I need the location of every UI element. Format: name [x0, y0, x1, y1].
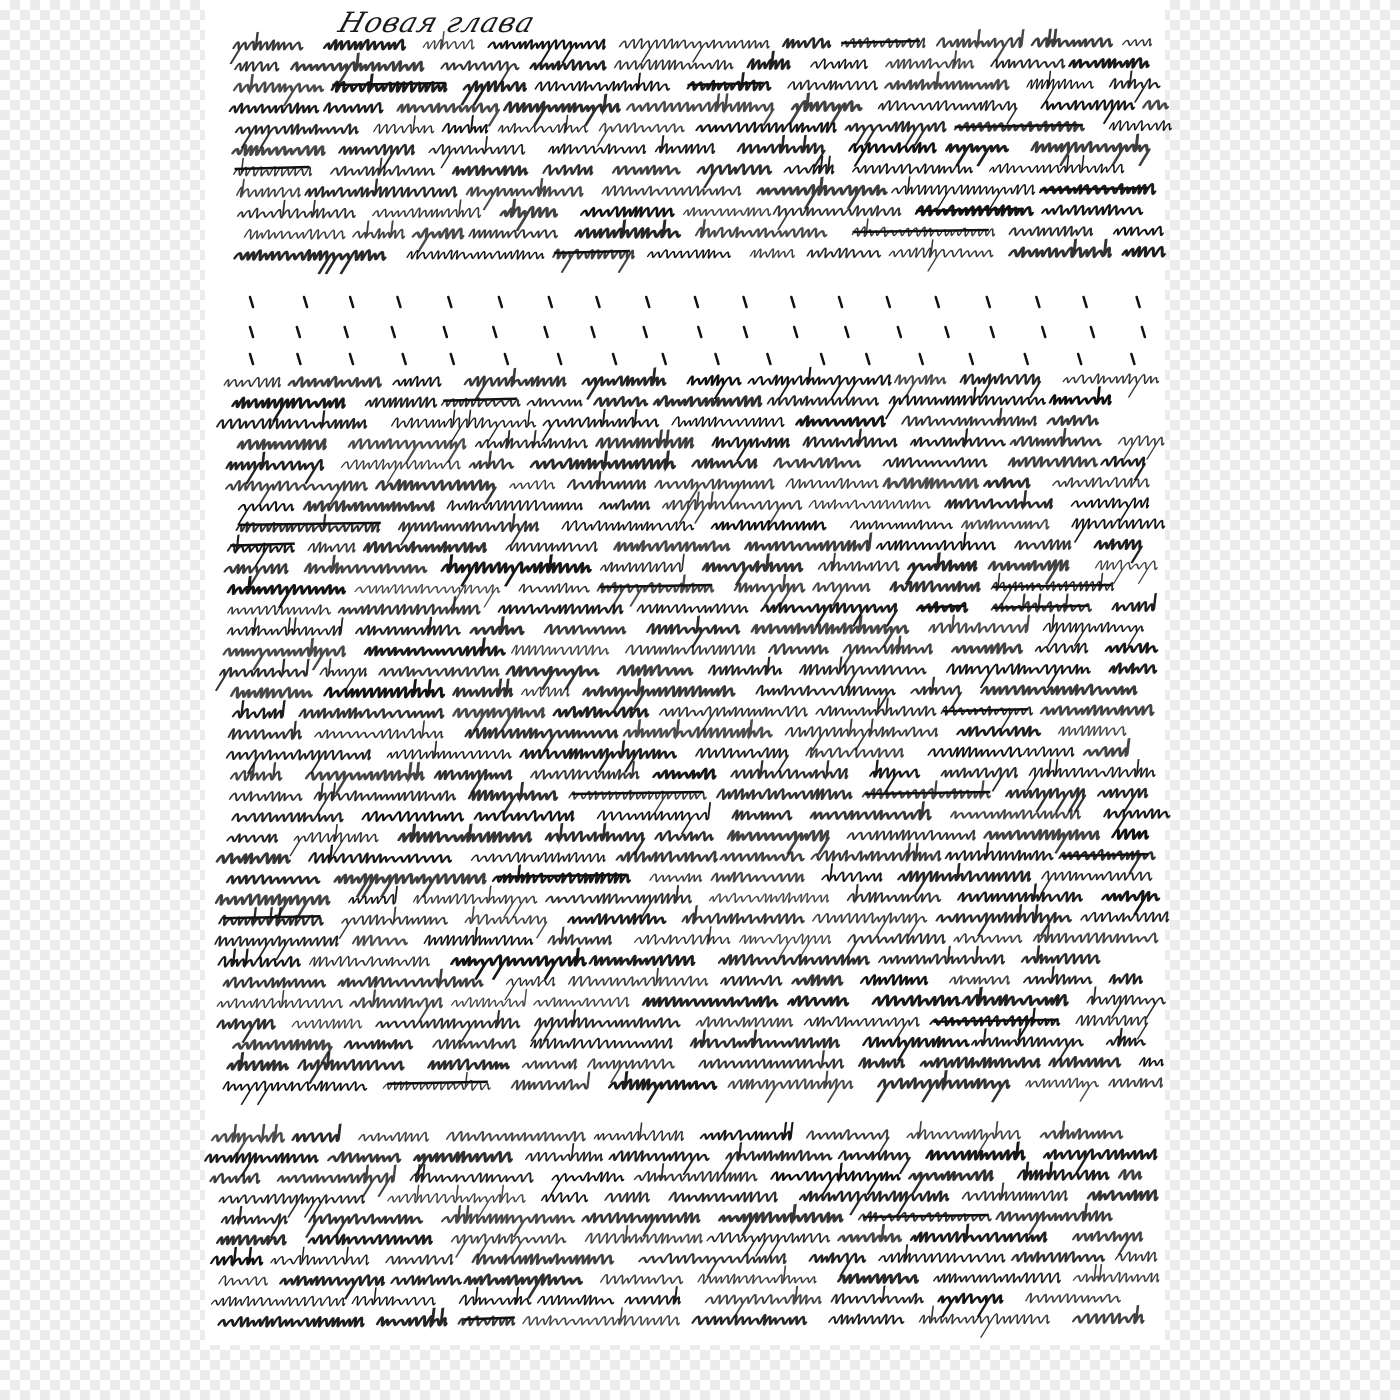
handwritten-word [230, 762, 287, 780]
handwritten-word [373, 115, 439, 133]
handwritten-word [657, 492, 807, 524]
handwritten-word [617, 666, 694, 675]
handwritten-word [649, 479, 776, 502]
separator-dot [304, 297, 307, 307]
handwritten-word [604, 1151, 711, 1175]
separator-dot [613, 354, 616, 364]
handwritten-word [647, 250, 732, 258]
handwritten-word [682, 905, 810, 923]
handwritten-word [804, 1253, 868, 1276]
handwritten-word [230, 125, 360, 148]
handwritten-word [338, 969, 488, 987]
handwritten-word [474, 811, 576, 820]
handwritten-word [529, 1009, 685, 1041]
handwritten-word [594, 397, 649, 406]
handwritten-word [792, 976, 845, 985]
handwritten-word [568, 968, 713, 986]
handwritten-word [469, 451, 519, 469]
handwritten-word [453, 679, 518, 697]
handwritten-word [822, 863, 888, 881]
handwritten-word [634, 1254, 789, 1278]
handwritten-word [852, 219, 1000, 237]
handwritten-word [270, 1247, 374, 1265]
handwritten-word [498, 604, 625, 613]
handwritten-word [338, 596, 485, 614]
handwritten-word [1032, 29, 1118, 47]
handwritten-word [878, 1244, 1010, 1262]
separator-dot [350, 297, 353, 307]
handwritten-word [901, 1121, 1026, 1153]
handwritten-word [1067, 1232, 1144, 1255]
handwritten-word [604, 1071, 722, 1103]
handwritten-word [801, 1130, 891, 1154]
separator-dot [698, 327, 701, 337]
separator-dot [845, 327, 848, 337]
handwritten-word [372, 199, 486, 217]
handwritten-word [933, 1273, 1063, 1282]
handwritten-word [424, 927, 538, 945]
handwritten-word [1113, 436, 1167, 459]
handwritten-word [1011, 1252, 1106, 1262]
handwritten-word [345, 990, 448, 1022]
handwritten-word [634, 926, 736, 944]
handwritten-word [459, 1287, 537, 1305]
handwritten-word [1001, 788, 1088, 812]
handwritten-word [732, 135, 830, 167]
handwritten-word [616, 852, 719, 862]
handwritten-word [780, 719, 943, 751]
handwritten-word [991, 59, 1067, 67]
handwritten-word [1069, 59, 1151, 68]
handwritten-word [541, 1193, 590, 1202]
separator-dot [1025, 354, 1028, 364]
separator-dot [558, 354, 561, 364]
handwritten-word [655, 135, 720, 153]
handwritten-word [1036, 871, 1154, 894]
separator-dot [646, 297, 649, 307]
handwritten-word [787, 93, 867, 125]
handwritten-word [217, 990, 348, 1008]
handwritten-word [669, 1192, 780, 1201]
handwritten-word [371, 1010, 526, 1042]
handwritten-word [650, 874, 704, 882]
handwritten-word [783, 38, 833, 47]
handwritten-word [599, 500, 652, 509]
handwritten-word [906, 677, 967, 709]
handwritten-word [983, 561, 1071, 585]
handwritten-word [292, 1124, 344, 1142]
handwritten-word [447, 501, 585, 510]
handwritten-word [950, 810, 1082, 819]
separator-dot [970, 354, 973, 364]
handwritten-word [446, 1234, 568, 1258]
handwritten-word [941, 145, 1010, 166]
handwritten-word [984, 478, 1032, 487]
handwritten-word [309, 783, 461, 815]
strikethrough [496, 875, 627, 877]
handwritten-word [1009, 239, 1116, 257]
handwritten-word [1049, 386, 1116, 404]
strikethrough [239, 523, 381, 525]
handwritten-word [537, 1295, 616, 1304]
handwritten-word [637, 604, 750, 612]
handwritten-word [720, 976, 784, 985]
handwritten-word [842, 934, 947, 957]
handwritten-word [553, 707, 650, 716]
handwritten-word [227, 617, 347, 635]
handwritten-word [852, 164, 975, 173]
handwritten-word [692, 165, 773, 188]
handwritten-word [774, 458, 863, 467]
handwritten-word [700, 1286, 827, 1318]
handwritten-word [343, 439, 468, 462]
handwritten-word [873, 1070, 1015, 1102]
handwritten-word [589, 955, 696, 965]
handwritten-word [833, 1151, 912, 1174]
handwritten-word [1042, 205, 1145, 215]
handwritten-word [289, 824, 384, 856]
handwritten-word [945, 842, 1058, 860]
handwritten-word [747, 51, 795, 69]
handwritten-word [594, 1123, 689, 1141]
handwritten-word [237, 200, 361, 218]
handwritten-word [221, 452, 329, 484]
handwritten-word [752, 177, 892, 209]
handwritten-word [850, 520, 954, 529]
handwritten-word [522, 1059, 579, 1068]
handwritten-word [334, 145, 417, 169]
handwritten-word [886, 176, 1040, 208]
handwritten-word [709, 893, 831, 902]
handwritten-word [920, 1058, 1042, 1067]
handwritten-word [211, 1247, 268, 1265]
handwritten-word [1109, 664, 1159, 673]
handwritten-word [386, 1255, 456, 1265]
handwritten-word [989, 155, 1129, 173]
handwritten-word [286, 53, 429, 85]
handwritten-word [511, 1072, 593, 1090]
handwritten-word [1033, 925, 1163, 943]
handwritten-word [682, 375, 743, 399]
handwritten-word [398, 824, 536, 842]
handwritten-word [954, 934, 1024, 943]
handwritten-word [308, 1235, 434, 1244]
handwritten-word [1020, 1078, 1101, 1101]
handwritten-word [858, 1037, 972, 1061]
handwritten-word [1109, 1078, 1165, 1087]
handwritten-word [1017, 1162, 1114, 1180]
handwritten-word [594, 123, 687, 146]
separator-dot [1131, 354, 1134, 364]
handwritten-word [1119, 1170, 1144, 1179]
handwritten-word [788, 997, 850, 1006]
handwritten-word [229, 792, 304, 801]
handwritten-word [324, 40, 408, 49]
separator-dot [695, 297, 698, 307]
handwritten-word [873, 101, 1020, 125]
handwritten-word [1008, 457, 1099, 466]
handwritten-word [535, 73, 675, 91]
handwritten-word [324, 679, 449, 697]
handwritten-word [981, 685, 1139, 694]
handwritten-word [218, 1276, 270, 1285]
handwritten-word [220, 481, 369, 505]
handwritten-word [910, 428, 1010, 446]
separator-dot [920, 354, 923, 364]
handwritten-word [1009, 227, 1095, 236]
handwritten-word [914, 1306, 1055, 1338]
handwritten-word [214, 659, 312, 691]
handwritten-word [543, 165, 595, 174]
separator-dot [397, 297, 400, 307]
handwritten-word [596, 430, 699, 448]
separator-dot [821, 354, 824, 364]
handwritten-word [893, 863, 1036, 895]
handwritten-word [585, 1225, 708, 1243]
handwritten-word [314, 721, 448, 739]
handwritten-word [1099, 809, 1172, 832]
handwritten-word [492, 865, 635, 883]
handwritten-word [223, 576, 351, 608]
handwritten-word [304, 501, 437, 510]
handwritten-word [244, 230, 348, 239]
handwritten-word [1084, 738, 1133, 756]
handwritten-word [475, 430, 593, 448]
handwritten-word [1073, 1264, 1165, 1282]
handwritten-word [1105, 643, 1159, 652]
handwritten-word [423, 136, 530, 168]
handwritten-word [471, 853, 608, 862]
handwritten-word [217, 854, 292, 863]
handwritten-word [838, 1274, 920, 1283]
handwritten-word [796, 417, 887, 426]
separator-dot [297, 327, 300, 337]
separator-dot [250, 327, 253, 337]
handwritten-word [581, 207, 677, 216]
handwritten-word [952, 644, 1024, 653]
handwritten-word [883, 458, 989, 467]
handwritten-word [811, 843, 946, 861]
handwritten-word [521, 687, 572, 696]
separator-dot [866, 354, 869, 364]
handwritten-word [511, 645, 611, 654]
separator-dot [350, 354, 353, 364]
handwritten-word [460, 906, 553, 938]
handwritten-word [232, 813, 345, 821]
handwritten-word [786, 479, 881, 489]
handwritten-word [884, 239, 999, 271]
handwritten-word [1081, 987, 1170, 1019]
separator-dot [839, 297, 842, 307]
handwritten-word [393, 377, 444, 386]
handwritten-word [941, 664, 1092, 688]
handwritten-word [305, 179, 462, 197]
handwritten-word [498, 115, 593, 133]
handwritten-word [530, 1039, 674, 1049]
handwritten-word [323, 103, 385, 112]
handwritten-word [423, 31, 480, 49]
handwritten-word [292, 1019, 364, 1028]
handwritten-word [436, 554, 596, 586]
handwritten-word [809, 500, 933, 509]
handwritten-word [683, 208, 772, 216]
separator-dot [663, 354, 666, 364]
handwritten-word [695, 219, 832, 237]
separator-dot [499, 297, 502, 307]
handwritten-word [979, 830, 1102, 854]
handwritten-word [217, 1081, 369, 1104]
separator-dot [1091, 327, 1094, 337]
separator-dot [250, 297, 253, 307]
handwritten-word [1057, 374, 1161, 398]
handwritten-word [807, 248, 883, 257]
handwritten-word [955, 374, 1043, 398]
handwritten-word [958, 884, 1088, 902]
handwritten-word [862, 780, 996, 798]
handwritten-word [211, 1297, 347, 1306]
handwritten-word [530, 451, 680, 469]
handwritten-word [962, 1183, 1073, 1201]
handwritten-word [393, 513, 544, 545]
handwritten-word [459, 368, 571, 400]
handwritten-word [301, 762, 430, 794]
handwritten-word [328, 1152, 403, 1161]
handwritten-word [577, 368, 671, 400]
handwritten-word [540, 885, 697, 917]
handwritten-word [1115, 1252, 1159, 1261]
separator-dot [791, 297, 794, 307]
handwritten-word [807, 583, 872, 606]
handwritten-word [236, 179, 305, 197]
handwritten-word [1073, 1305, 1149, 1323]
handwritten-word [926, 1142, 1030, 1160]
handwritten-word [1096, 457, 1148, 480]
handwritten-word [642, 616, 745, 648]
handwritten-word [1021, 71, 1099, 103]
handwritten-word [928, 747, 1025, 756]
handwritten-word [218, 1317, 366, 1326]
separator-dot [545, 327, 548, 337]
handwritten-word [446, 948, 591, 980]
handwritten-word [721, 1142, 838, 1174]
handwritten-word [1122, 39, 1153, 46]
handwritten-word [945, 490, 1058, 508]
handwritten-word [228, 74, 328, 106]
handwritten-word [1113, 227, 1165, 235]
handwritten-word [731, 760, 853, 778]
handwritten-word [991, 1203, 1118, 1235]
handwritten-word [309, 957, 432, 966]
handwritten-word [515, 740, 682, 772]
handwritten-word [876, 532, 1001, 550]
handwritten-word [687, 72, 776, 90]
handwritten-word [1052, 478, 1151, 487]
strikethrough [600, 585, 713, 587]
handwritten-word [732, 811, 794, 820]
handwritten-word [696, 1017, 795, 1026]
handwritten-word [723, 1071, 859, 1103]
handwritten-word [671, 417, 786, 426]
handwritten-word [436, 1205, 579, 1237]
handwritten-word [1038, 614, 1149, 646]
handwritten-word [538, 409, 664, 441]
separator-dot [448, 297, 451, 307]
handwritten-word [209, 936, 340, 959]
handwritten-word [1090, 560, 1160, 583]
handwritten-word [1023, 747, 1076, 756]
handwritten-word [217, 410, 372, 428]
handwritten-word [957, 727, 1042, 736]
handwritten-word [453, 166, 530, 174]
handwritten-word [365, 398, 439, 407]
handwritten-word [904, 1171, 995, 1195]
handwritten-word [903, 553, 982, 585]
handwritten-word [1109, 121, 1174, 131]
handwritten-word [224, 378, 283, 387]
handwritten-word [336, 907, 453, 939]
handwritten-word [352, 1287, 441, 1305]
handwritten-word [600, 1275, 685, 1284]
handwritten-word [902, 408, 1042, 426]
handwritten-word [701, 1233, 832, 1257]
handwritten-word [206, 1124, 289, 1156]
handwritten-word [233, 502, 296, 525]
handwritten-word [371, 480, 498, 504]
handwritten-word [509, 480, 557, 489]
handwritten-word [614, 541, 732, 551]
handwritten-word [228, 32, 308, 64]
handwritten-word [436, 61, 521, 84]
handwritten-word [527, 398, 584, 405]
handwritten-word [519, 583, 592, 592]
handwritten-word [847, 831, 978, 840]
handwritten-word [1010, 428, 1106, 446]
handwritten-word [860, 975, 929, 984]
handwritten-word [1104, 71, 1165, 103]
separator-dot [744, 297, 747, 307]
handwritten-word [227, 876, 322, 884]
handwritten-word [540, 823, 650, 855]
handwritten-word [1035, 644, 1090, 653]
handwritten-word [1058, 726, 1128, 735]
handwritten-word [459, 1275, 584, 1299]
handwritten-word [621, 93, 779, 125]
handwritten-word [344, 1040, 414, 1048]
separator-dot [1036, 297, 1039, 307]
handwritten-word [314, 658, 372, 690]
handwritten-word [1109, 974, 1144, 983]
handwritten-word [472, 1254, 615, 1263]
handwritten-word [352, 936, 409, 945]
handwritten-word [229, 103, 321, 112]
handwritten-word [232, 146, 327, 155]
handwritten-word [699, 1050, 849, 1068]
handwritten-word [718, 955, 871, 964]
handwritten-word [460, 728, 620, 752]
separator-dot [644, 327, 647, 337]
handwritten-word [501, 667, 600, 690]
handwritten-word [1112, 593, 1160, 611]
handwritten-word [613, 166, 682, 174]
handwritten-word [567, 471, 651, 489]
handwritten-word [429, 770, 513, 793]
handwritten-word [1024, 759, 1161, 791]
handwritten-word [227, 834, 279, 841]
handwritten-word [831, 1286, 929, 1304]
handwritten-word [707, 438, 792, 462]
separator-dot [403, 354, 406, 364]
handwritten-word [700, 1122, 796, 1140]
